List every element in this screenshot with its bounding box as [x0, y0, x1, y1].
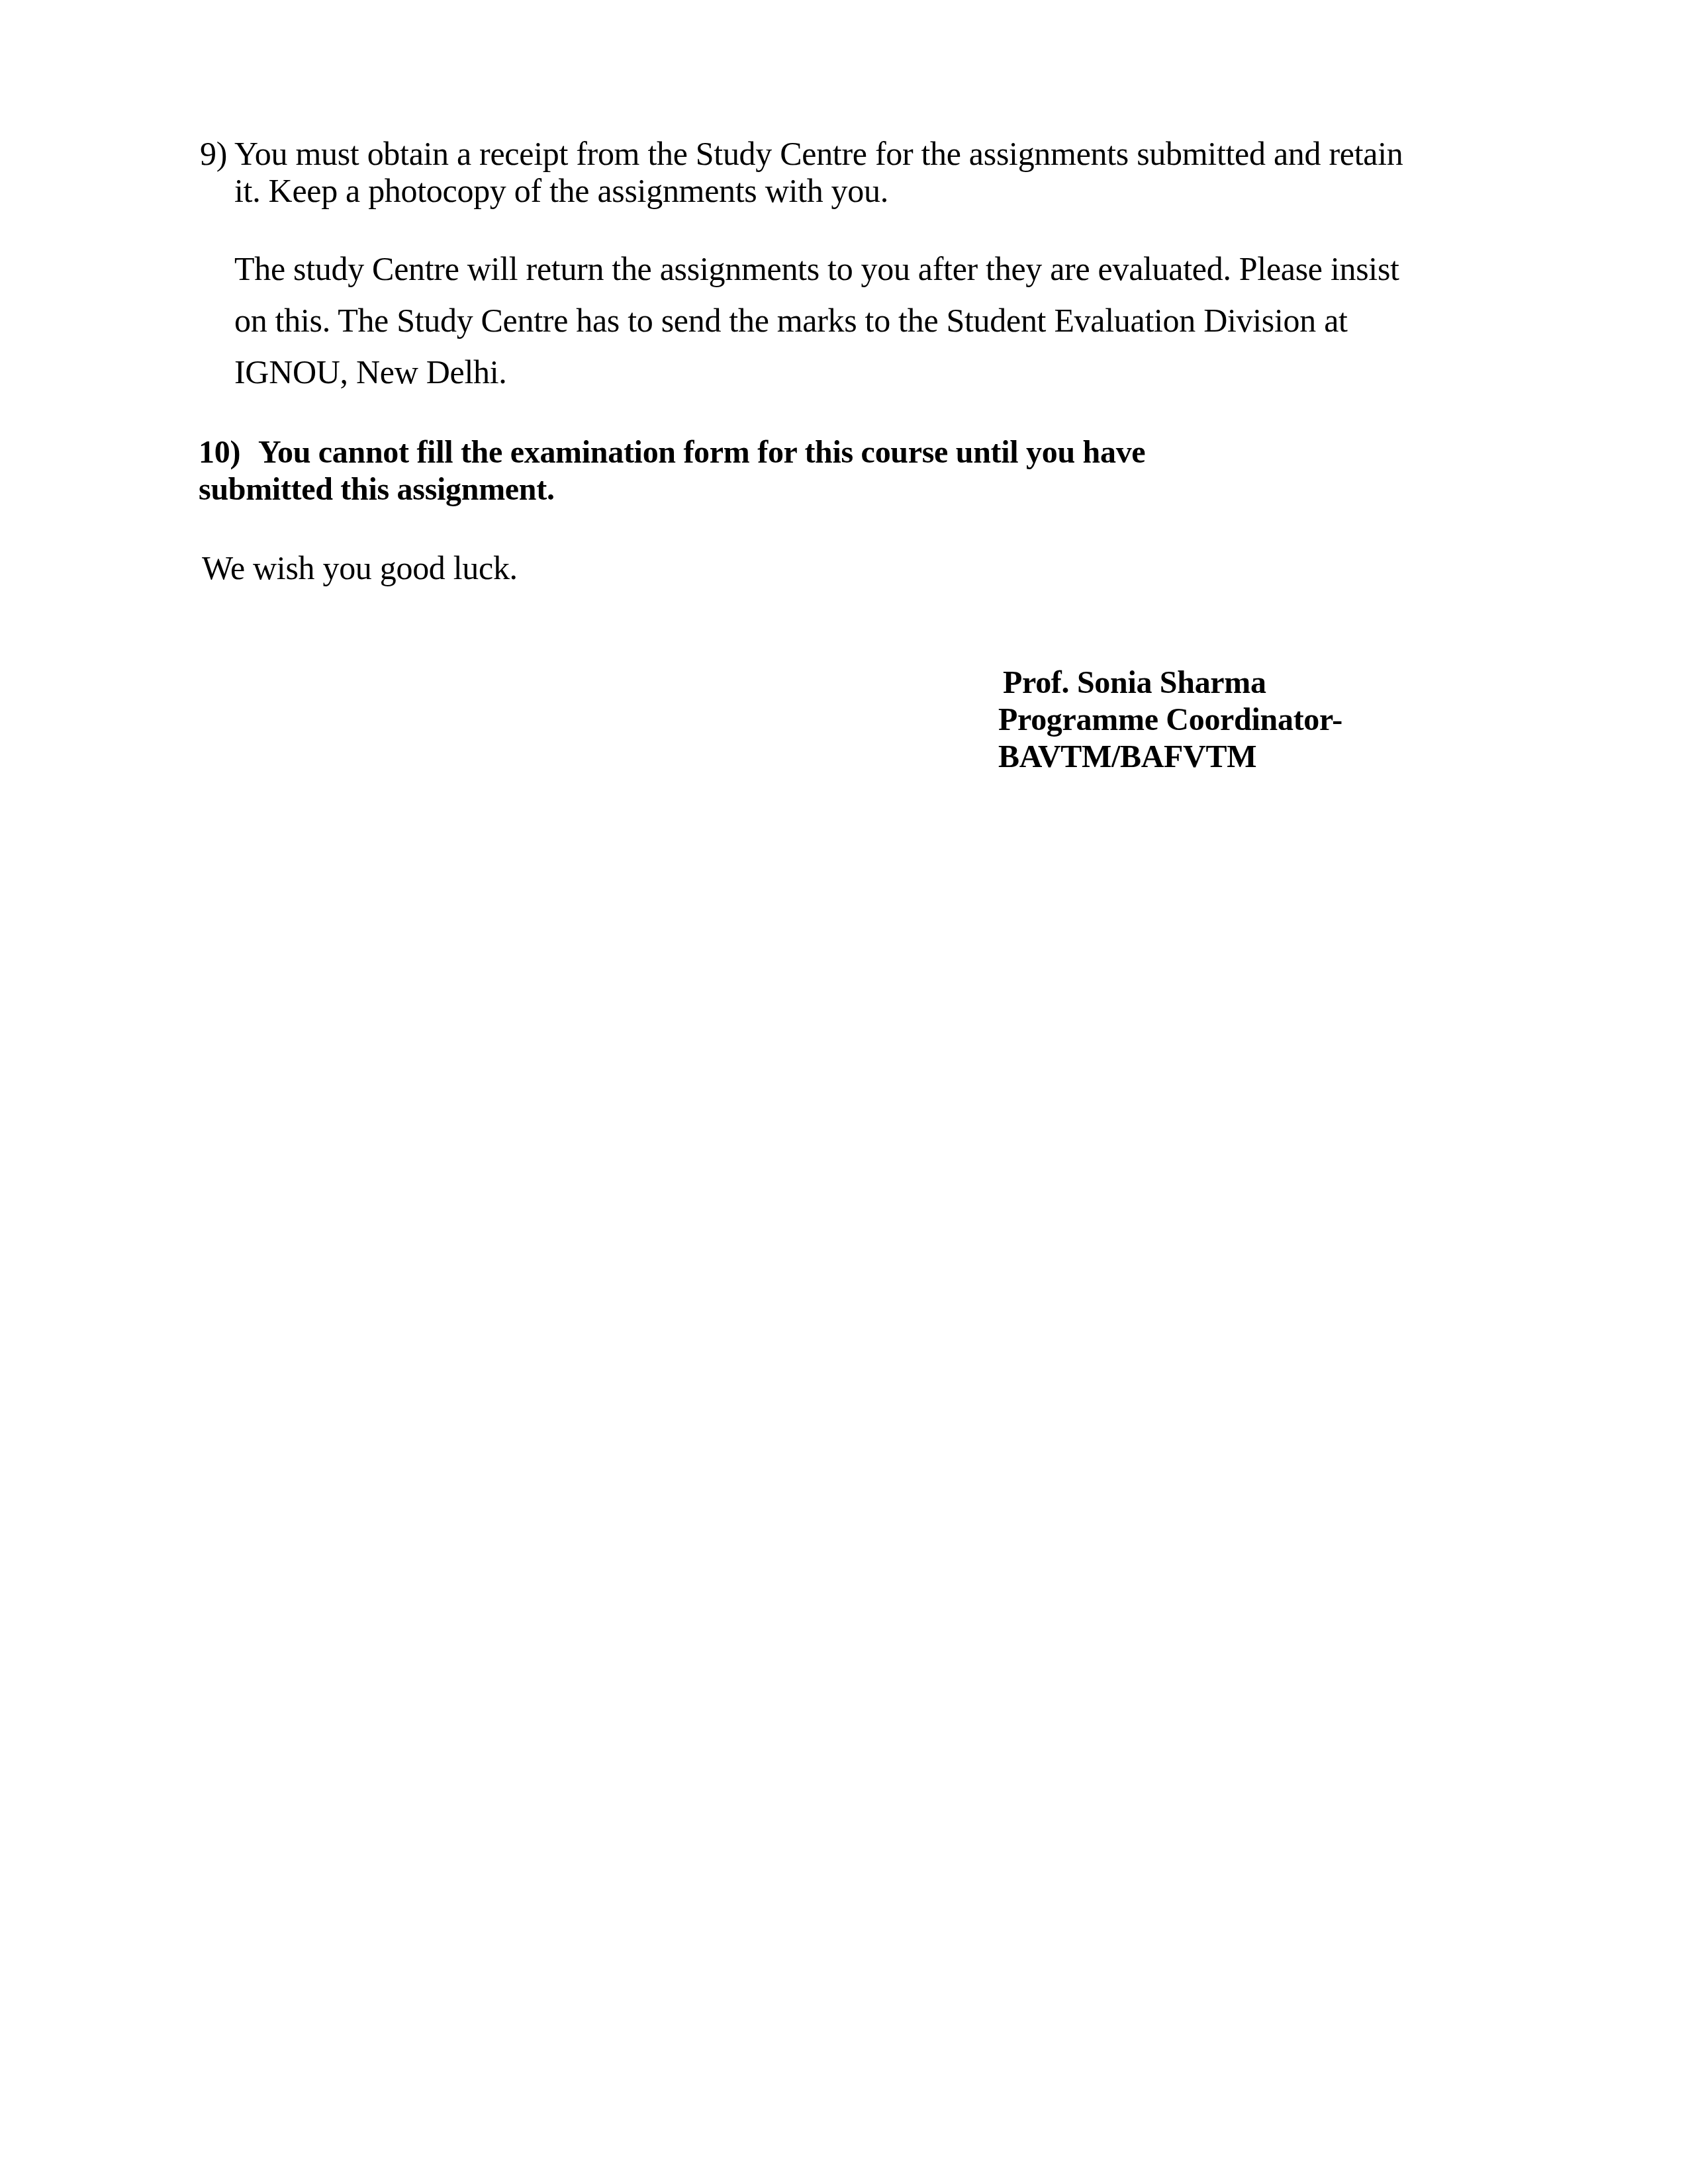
paragraph-line-1: The study Centre will return the assignm…	[234, 250, 1399, 287]
item-9-line-2: it. Keep a photocopy of the assignments …	[234, 172, 888, 209]
paragraph-line-3: IGNOU, New Delhi.	[234, 353, 506, 390]
signature-programme: BAVTM/BAFVTM	[998, 739, 1256, 776]
document-page: 9)You must obtain a receipt from the Stu…	[0, 0, 1688, 2184]
signature-name: Prof. Sonia Sharma	[1003, 664, 1266, 702]
item-10-text-1: You cannot fill the examination form for…	[258, 435, 1145, 470]
item-9-text-1: You must obtain a receipt from the Study…	[234, 135, 1403, 172]
item-9-number: 9)	[200, 135, 234, 172]
item-10-line-1: 10)You cannot fill the examination form …	[199, 434, 1145, 471]
item-9-line-1: 9)You must obtain a receipt from the Stu…	[200, 135, 1403, 172]
item-10-number: 10)	[199, 434, 258, 471]
item-10-line-2: submitted this assignment.	[199, 471, 555, 508]
closing-line: We wish you good luck.	[202, 549, 518, 586]
signature-title: Programme Coordinator-	[998, 702, 1342, 739]
paragraph-line-2: on this. The Study Centre has to send th…	[234, 302, 1348, 339]
